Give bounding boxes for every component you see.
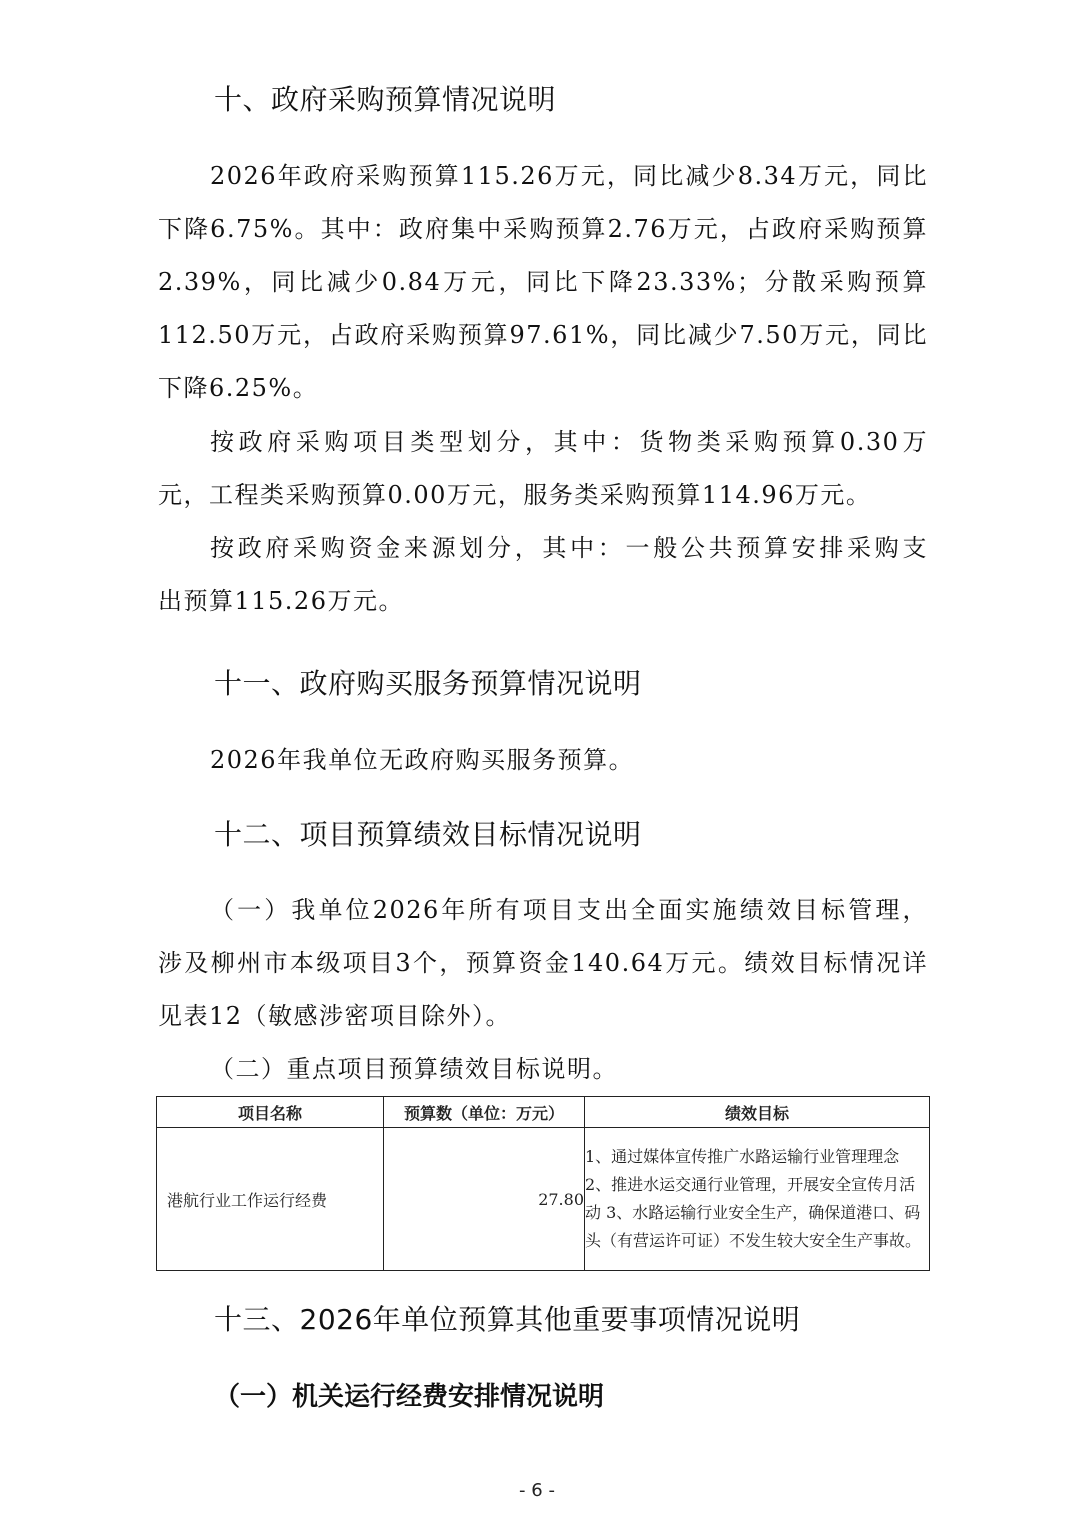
paragraph-line: 见表12（敏感涉密项目除外）。 — [158, 996, 511, 1031]
document-page: 十、政府采购预算情况说明 2026年政府采购预算115.26万元，同比减少8.3… — [0, 0, 1074, 1520]
paragraph-line: （一）我单位2026年所有项目支出全面实施绩效目标管理， — [210, 890, 928, 925]
paragraph-line: 112.50万元，占政府采购预算97.61%，同比减少7.50万元，同比 — [158, 315, 928, 350]
cell-budget: 27.80 — [384, 1128, 585, 1271]
column-header-goal: 绩效目标 — [585, 1097, 930, 1128]
section-heading-11: 十一、政府购买服务预算情况说明 — [214, 662, 642, 702]
section-heading-13: 十三、2026年单位预算其他重要事项情况说明 — [214, 1298, 800, 1338]
cell-project-name: 港航行业工作运行经费 — [157, 1128, 384, 1271]
column-header-budget: 预算数（单位：万元） — [384, 1097, 585, 1128]
column-header-project-name: 项目名称 — [157, 1097, 384, 1128]
table-header-row: 项目名称 预算数（单位：万元） 绩效目标 — [157, 1097, 930, 1128]
paragraph-line: 出预算115.26万元。 — [158, 581, 404, 616]
paragraph-line: 2026年我单位无政府购买服务预算。 — [210, 740, 634, 775]
paragraph-line: 按政府采购资金来源划分，其中：一般公共预算安排采购支 — [210, 528, 928, 563]
performance-goal-table: 项目名称 预算数（单位：万元） 绩效目标 港航行业工作运行经费 27.80 1、… — [156, 1096, 930, 1271]
paragraph-line: 2.39%，同比减少0.84万元，同比下降23.33%；分散采购预算 — [158, 262, 928, 297]
paragraph-line: 元，工程类采购预算0.00万元，服务类采购预算114.96万元。 — [158, 475, 871, 510]
paragraph-line: 涉及柳州市本级项目3个，预算资金140.64万元。绩效目标情况详 — [158, 943, 928, 978]
page-number: - 6 - — [0, 1480, 1074, 1501]
table-row: 港航行业工作运行经费 27.80 1、通过媒体宣传推广水路运输行业管理理念 2、… — [157, 1128, 930, 1271]
paragraph-line: 下降6.75%。其中：政府集中采购预算2.76万元，占政府采购预算 — [158, 209, 928, 244]
paragraph-line: 按政府采购项目类型划分，其中：货物类采购预算0.30万 — [210, 422, 928, 457]
section-heading-12: 十二、项目预算绩效目标情况说明 — [214, 813, 642, 853]
paragraph-line: （二）重点项目预算绩效目标说明。 — [210, 1049, 618, 1084]
subsection-heading: （一）机关运行经费安排情况说明 — [214, 1376, 604, 1413]
paragraph-line: 2026年政府采购预算115.26万元，同比减少8.34万元，同比 — [210, 156, 928, 191]
cell-goal: 1、通过媒体宣传推广水路运输行业管理理念 2、推进水运交通行业管理，开展安全宣传… — [585, 1128, 930, 1271]
paragraph-line: 下降6.25%。 — [158, 368, 318, 403]
section-heading-10: 十、政府采购预算情况说明 — [214, 78, 556, 118]
